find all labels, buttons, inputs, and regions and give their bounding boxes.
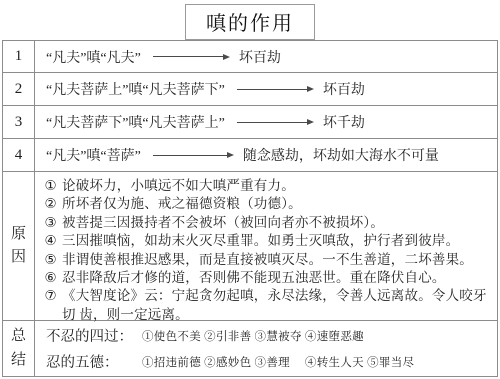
circled-number: ②	[39, 195, 62, 213]
reason-text: 论破坏力，小嗔远不如大嗔严重有力。	[62, 177, 495, 195]
summary-label-cell: 总结	[3, 321, 35, 376]
page-title: 嗔的作用	[185, 4, 315, 40]
right-arrow-icon	[153, 152, 234, 158]
circled-number: ①	[39, 177, 62, 195]
reason-item: ⑦ 《大智度论》云：宁起贪勿起嗔，永尽法缘，令善人远离故。令人咬牙切 齿，则一定…	[39, 287, 495, 324]
table-row: 4 “凡夫”嗔“菩萨” 随念感劫，坏劫如大海水不可量	[3, 139, 497, 172]
row-subject: “凡夫菩萨下”嗔“凡夫菩萨上”	[46, 112, 225, 132]
right-arrow-icon	[153, 54, 230, 60]
row-number: 2	[3, 73, 35, 105]
reason-text: 三因摧嗔恼，如劫末火灭尽重罪。如勇士灭嗔敌，护行者到彼岸。	[62, 232, 495, 250]
summary-line: 不忍的四过： ①使色不美 ②引非善 ③慧被夺 ④速堕恶趣	[46, 323, 497, 349]
right-arrow-icon	[237, 86, 314, 92]
reason-item: ① 论破坏力，小嗔远不如大嗔严重有力。	[39, 177, 495, 195]
table-row: 3 “凡夫菩萨下”嗔“凡夫菩萨上” 坏千劫	[3, 106, 497, 139]
reason-label-cell: 原因	[3, 172, 35, 320]
summary-heading: 忍的五德：	[46, 351, 142, 372]
circled-number: ⑥	[39, 269, 62, 287]
reason-item: ④ 三因摧嗔恼，如劫末火灭尽重罪。如勇士灭嗔敌，护行者到彼岸。	[39, 232, 495, 250]
summary-row: 总结 不忍的四过： ①使色不美 ②引非善 ③慧被夺 ④速堕恶趣 忍的五德： ①招…	[3, 321, 497, 376]
row-result: 坏百劫	[323, 79, 365, 99]
row-subject: “凡夫”嗔“凡夫”	[46, 47, 141, 67]
circled-number: ③	[39, 214, 62, 232]
summary-heading: 不忍的四过：	[46, 325, 142, 346]
row-content: “凡夫”嗔“菩萨” 随念感劫，坏劫如大海水不可量	[35, 139, 497, 171]
summary-items: ①招违前德 ②感妙色 ③善理 ④转生人天 ⑤罪当尽	[142, 354, 414, 370]
document-page: 嗔的作用 1 “凡夫”嗔“凡夫” 坏百劫 2 “凡夫菩萨上”嗔“凡夫菩萨下” 坏…	[0, 0, 500, 379]
row-content: “凡夫菩萨下”嗔“凡夫菩萨上” 坏千劫	[35, 106, 497, 138]
row-number: 4	[3, 139, 35, 171]
anger-effects-table: 1 “凡夫”嗔“凡夫” 坏百劫 2 “凡夫菩萨上”嗔“凡夫菩萨下” 坏百劫 3 …	[2, 40, 498, 377]
row-subject: “凡夫菩萨上”嗔“凡夫菩萨下”	[46, 79, 225, 99]
circled-number: ④	[39, 232, 62, 250]
reason-label: 原因	[10, 223, 27, 270]
reason-row: 原因 ① 论破坏力，小嗔远不如大嗔严重有力。 ② 所坏者仅为施、戒之福德资粮（功…	[3, 172, 497, 321]
table-row: 2 “凡夫菩萨上”嗔“凡夫菩萨下” 坏百劫	[3, 73, 497, 106]
row-result: 坏千劫	[323, 112, 365, 132]
circled-number: ⑤	[39, 251, 62, 269]
right-arrow-icon	[237, 119, 314, 125]
reason-text: 《大智度论》云：宁起贪勿起嗔，永尽法缘，令善人远离故。令人咬牙切 齿，则一定远离…	[62, 287, 495, 324]
row-content: “凡夫菩萨上”嗔“凡夫菩萨下” 坏百劫	[35, 73, 497, 105]
reason-item: ⑥ 忍非降敌后才修的道，否则佛不能现五浊恶世。重在降伏自心。	[39, 269, 495, 287]
reason-text: 所坏者仅为施、戒之福德资粮（功德）。	[62, 195, 495, 213]
summary-line: 忍的五德： ①招违前德 ②感妙色 ③善理 ④转生人天 ⑤罪当尽	[46, 349, 497, 375]
reason-item: ⑤ 非谓使善根推迟感果，而是直接被嗔灭尽。一不生善道，二坏善果。	[39, 251, 495, 269]
reason-text: 被菩提三因摄持者不会被坏（被回向者亦不被损坏）。	[62, 214, 495, 232]
row-number: 3	[3, 106, 35, 138]
title-wrap: 嗔的作用	[0, 0, 500, 36]
row-result: 坏百劫	[239, 47, 281, 67]
reason-item: ② 所坏者仅为施、戒之福德资粮（功德）。	[39, 195, 495, 213]
row-subject: “凡夫”嗔“菩萨”	[46, 145, 141, 165]
summary-content: 不忍的四过： ①使色不美 ②引非善 ③慧被夺 ④速堕恶趣 忍的五德： ①招违前德…	[35, 321, 497, 376]
reason-text: 非谓使善根推迟感果，而是直接被嗔灭尽。一不生善道，二坏善果。	[62, 251, 495, 269]
summary-items: ①使色不美 ②引非善 ③慧被夺 ④速堕恶趣	[142, 328, 364, 344]
row-content: “凡夫”嗔“凡夫” 坏百劫	[35, 41, 497, 72]
row-number: 1	[3, 41, 35, 72]
reason-list: ① 论破坏力，小嗔远不如大嗔严重有力。 ② 所坏者仅为施、戒之福德资粮（功德）。…	[35, 172, 497, 320]
table-row: 1 “凡夫”嗔“凡夫” 坏百劫	[3, 41, 497, 73]
row-result: 随念感劫，坏劫如大海水不可量	[243, 145, 439, 165]
reason-text: 忍非降敌后才修的道，否则佛不能现五浊恶世。重在降伏自心。	[62, 269, 495, 287]
summary-label: 总结	[10, 325, 27, 372]
reason-item: ③ 被菩提三因摄持者不会被坏（被回向者亦不被损坏）。	[39, 214, 495, 232]
circled-number: ⑦	[39, 287, 62, 324]
